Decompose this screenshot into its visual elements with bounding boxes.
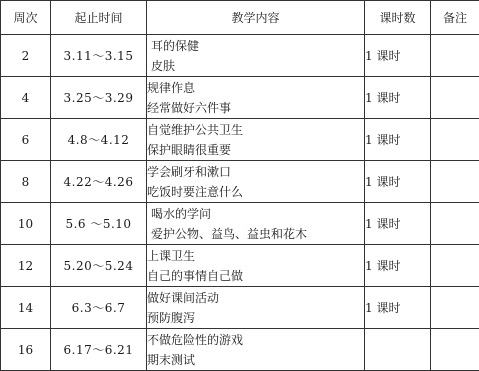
note-cell — [431, 245, 479, 287]
week-cell: 6 — [1, 119, 51, 161]
hours-cell: 1 课时 — [365, 35, 431, 77]
content-line: 做好课间活动 — [147, 288, 364, 308]
content-cell: 喝水的学问 爱护公物、益鸟、益虫和花木 — [147, 203, 365, 245]
content-cell: 学会刷牙和漱口 吃饭时要注意什么 — [147, 161, 365, 203]
week-cell: 14 — [1, 287, 51, 329]
content-line: 不做危险性的游戏 — [147, 330, 364, 350]
table-row: 4 3.25～3.29 规律作息 经常做好六件事 1 课时 — [1, 77, 479, 119]
header-content: 教学内容 — [147, 1, 365, 35]
week-cell: 2 — [1, 35, 51, 77]
week-cell: 12 — [1, 245, 51, 287]
teaching-schedule-table: 周次 起止时间 教学内容 课时数 备注 2 3.11～3.15 耳的保健 皮肤 … — [0, 0, 479, 371]
dates-cell: 3.25～3.29 — [51, 77, 147, 119]
week-cell: 8 — [1, 161, 51, 203]
table-row: 6 4.8～4.12 自觉维护公共卫生 保护眼睛很重要 1 课时 — [1, 119, 479, 161]
note-cell — [431, 329, 479, 371]
hours-cell: 1 课时 — [365, 77, 431, 119]
week-cell: 16 — [1, 329, 51, 371]
content-line: 皮肤 — [147, 56, 364, 76]
content-cell: 做好课间活动 预防腹泻 — [147, 287, 365, 329]
note-cell — [431, 35, 479, 77]
content-line: 学会刷牙和漱口 — [147, 162, 364, 182]
content-line: 吃饭时要注意什么 — [147, 182, 364, 202]
note-cell — [431, 161, 479, 203]
dates-cell: 4.8～4.12 — [51, 119, 147, 161]
content-line: 保护眼睛很重要 — [147, 140, 364, 160]
dates-cell: 6.3～6.7 — [51, 287, 147, 329]
table-row: 12 5.20～5.24 上课卫生 自己的事情自己做 1 课时 — [1, 245, 479, 287]
table-row: 10 5.6 ～5.10 喝水的学问 爱护公物、益鸟、益虫和花木 1 课时 — [1, 203, 479, 245]
content-line: 喝水的学问 — [147, 204, 364, 224]
table-row: 14 6.3～6.7 做好课间活动 预防腹泻 1 课时 — [1, 287, 479, 329]
header-note: 备注 — [431, 1, 479, 35]
note-cell — [431, 119, 479, 161]
dates-cell: 5.6 ～5.10 — [51, 203, 147, 245]
content-line: 期末测试 — [147, 350, 364, 370]
hours-cell: 1 课时 — [365, 161, 431, 203]
content-cell: 上课卫生 自己的事情自己做 — [147, 245, 365, 287]
hours-cell: 1 课时 — [365, 119, 431, 161]
hours-cell: 1 课时 — [365, 287, 431, 329]
hours-cell: 1 课时 — [365, 245, 431, 287]
content-line: 预防腹泻 — [147, 308, 364, 328]
table-row: 16 6.17～6.21 不做危险性的游戏 期末测试 — [1, 329, 479, 371]
content-line: 自觉维护公共卫生 — [147, 120, 364, 140]
header-row: 周次 起止时间 教学内容 课时数 备注 — [1, 1, 479, 35]
dates-cell: 6.17～6.21 — [51, 329, 147, 371]
week-cell: 4 — [1, 77, 51, 119]
dates-cell: 4.22～4.26 — [51, 161, 147, 203]
note-cell — [431, 77, 479, 119]
content-cell: 耳的保健 皮肤 — [147, 35, 365, 77]
table-row: 2 3.11～3.15 耳的保健 皮肤 1 课时 — [1, 35, 479, 77]
header-hours: 课时数 — [365, 1, 431, 35]
content-line: 经常做好六件事 — [147, 98, 364, 118]
header-week: 周次 — [1, 1, 51, 35]
content-cell: 自觉维护公共卫生 保护眼睛很重要 — [147, 119, 365, 161]
content-line: 规律作息 — [147, 78, 364, 98]
content-cell: 不做危险性的游戏 期末测试 — [147, 329, 365, 371]
note-cell — [431, 203, 479, 245]
note-cell — [431, 287, 479, 329]
hours-cell — [365, 329, 431, 371]
table-row: 8 4.22～4.26 学会刷牙和漱口 吃饭时要注意什么 1 课时 — [1, 161, 479, 203]
header-dates: 起止时间 — [51, 1, 147, 35]
content-line: 上课卫生 — [147, 246, 364, 266]
dates-cell: 3.11～3.15 — [51, 35, 147, 77]
content-line: 自己的事情自己做 — [147, 266, 364, 286]
dates-cell: 5.20～5.24 — [51, 245, 147, 287]
content-line: 耳的保健 — [147, 36, 364, 56]
hours-cell: 1 课时 — [365, 203, 431, 245]
week-cell: 10 — [1, 203, 51, 245]
content-cell: 规律作息 经常做好六件事 — [147, 77, 365, 119]
content-line: 爱护公物、益鸟、益虫和花木 — [147, 224, 364, 244]
